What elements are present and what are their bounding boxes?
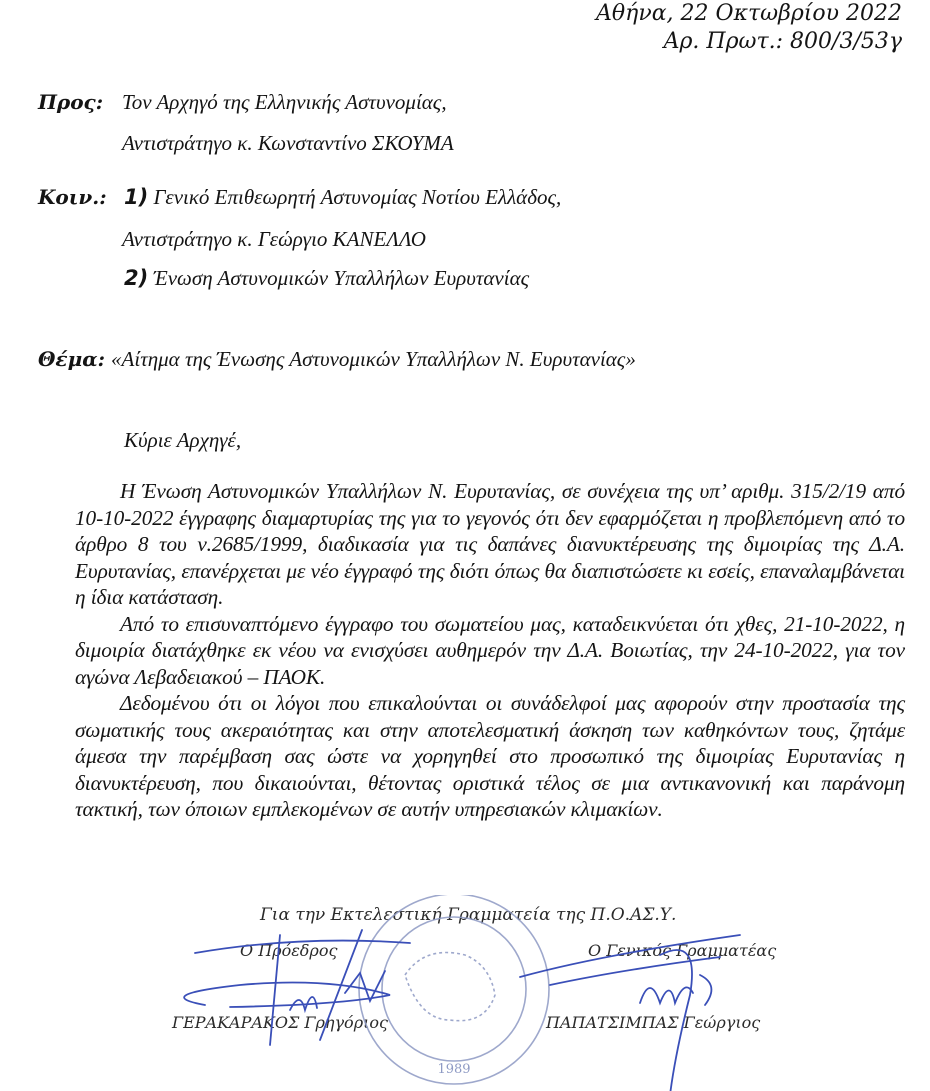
letter-header: Αθήνα, 22 Οκτωβρίου 2022 Αρ. Πρωτ.: 800/… bbox=[596, 0, 902, 56]
cc-item-1-line-1: Γενικό Επιθεωρητή Αστυνομίας Νοτίου Ελλά… bbox=[153, 185, 561, 209]
subject-label: Θέμα: bbox=[38, 347, 105, 371]
to-line-1: Τον Αρχηγό της Ελληνικής Αστυνομίας, bbox=[122, 90, 447, 115]
letter-body: Η Ένωση Αστυνομικών Υπαλλήλων Ν. Ευρυταν… bbox=[75, 478, 905, 823]
protocol-number: Αρ. Πρωτ.: 800/3/53γ bbox=[596, 28, 902, 56]
cc-label: Κοιν.: bbox=[38, 185, 107, 209]
to-line-2: Αντιστράτηγο κ. Κωνσταντίνο ΣΚΟΥΜΑ bbox=[122, 131, 454, 156]
body-paragraph-2: Από το επισυναπτόμενο έγγραφο του σωματε… bbox=[75, 611, 905, 691]
cc-item-1: 1) Γενικό Επιθεωρητή Αστυνομίας Νοτίου Ε… bbox=[124, 185, 561, 210]
signature-block: Για την Εκτελεστική Γραμματεία της Π.Ο.Α… bbox=[0, 895, 930, 1091]
body-paragraph-3: Δεδομένου ότι οι λόγοι που επικαλούνται … bbox=[75, 690, 905, 823]
cc-item-2: 2) Ένωση Αστυνομικών Υπαλλήλων Ευρυτανία… bbox=[124, 266, 529, 291]
to-row: Προς: bbox=[38, 90, 103, 114]
cc-row: Κοιν.: bbox=[38, 185, 107, 209]
to-label: Προς: bbox=[38, 90, 103, 114]
place-date: Αθήνα, 22 Οκτωβρίου 2022 bbox=[596, 0, 902, 28]
official-stamp-icon: 1989 bbox=[0, 895, 930, 1091]
body-paragraph-1: Η Ένωση Αστυνομικών Υπαλλήλων Ν. Ευρυταν… bbox=[75, 478, 905, 611]
subject-text: «Αίτημα της Ένωσης Αστυνομικών Υπαλλήλων… bbox=[111, 347, 636, 371]
cc-item-2-number: 2) bbox=[124, 266, 148, 290]
salutation: Κύριε Αρχηγέ, bbox=[124, 428, 241, 453]
cc-item-2-line-1: Ένωση Αστυνομικών Υπαλλήλων Ευρυτανίας bbox=[153, 266, 529, 290]
cc-item-1-number: 1) bbox=[124, 185, 148, 209]
subject-row: Θέμα: «Αίτημα της Ένωσης Αστυνομικών Υπα… bbox=[38, 347, 636, 372]
letter-page: Αθήνα, 22 Οκτωβρίου 2022 Αρ. Πρωτ.: 800/… bbox=[0, 0, 930, 1091]
cc-item-1-line-2: Αντιστράτηγο κ. Γεώργιο ΚΑΝΕΛΛΟ bbox=[122, 227, 426, 252]
stamp-year: 1989 bbox=[437, 1062, 470, 1077]
